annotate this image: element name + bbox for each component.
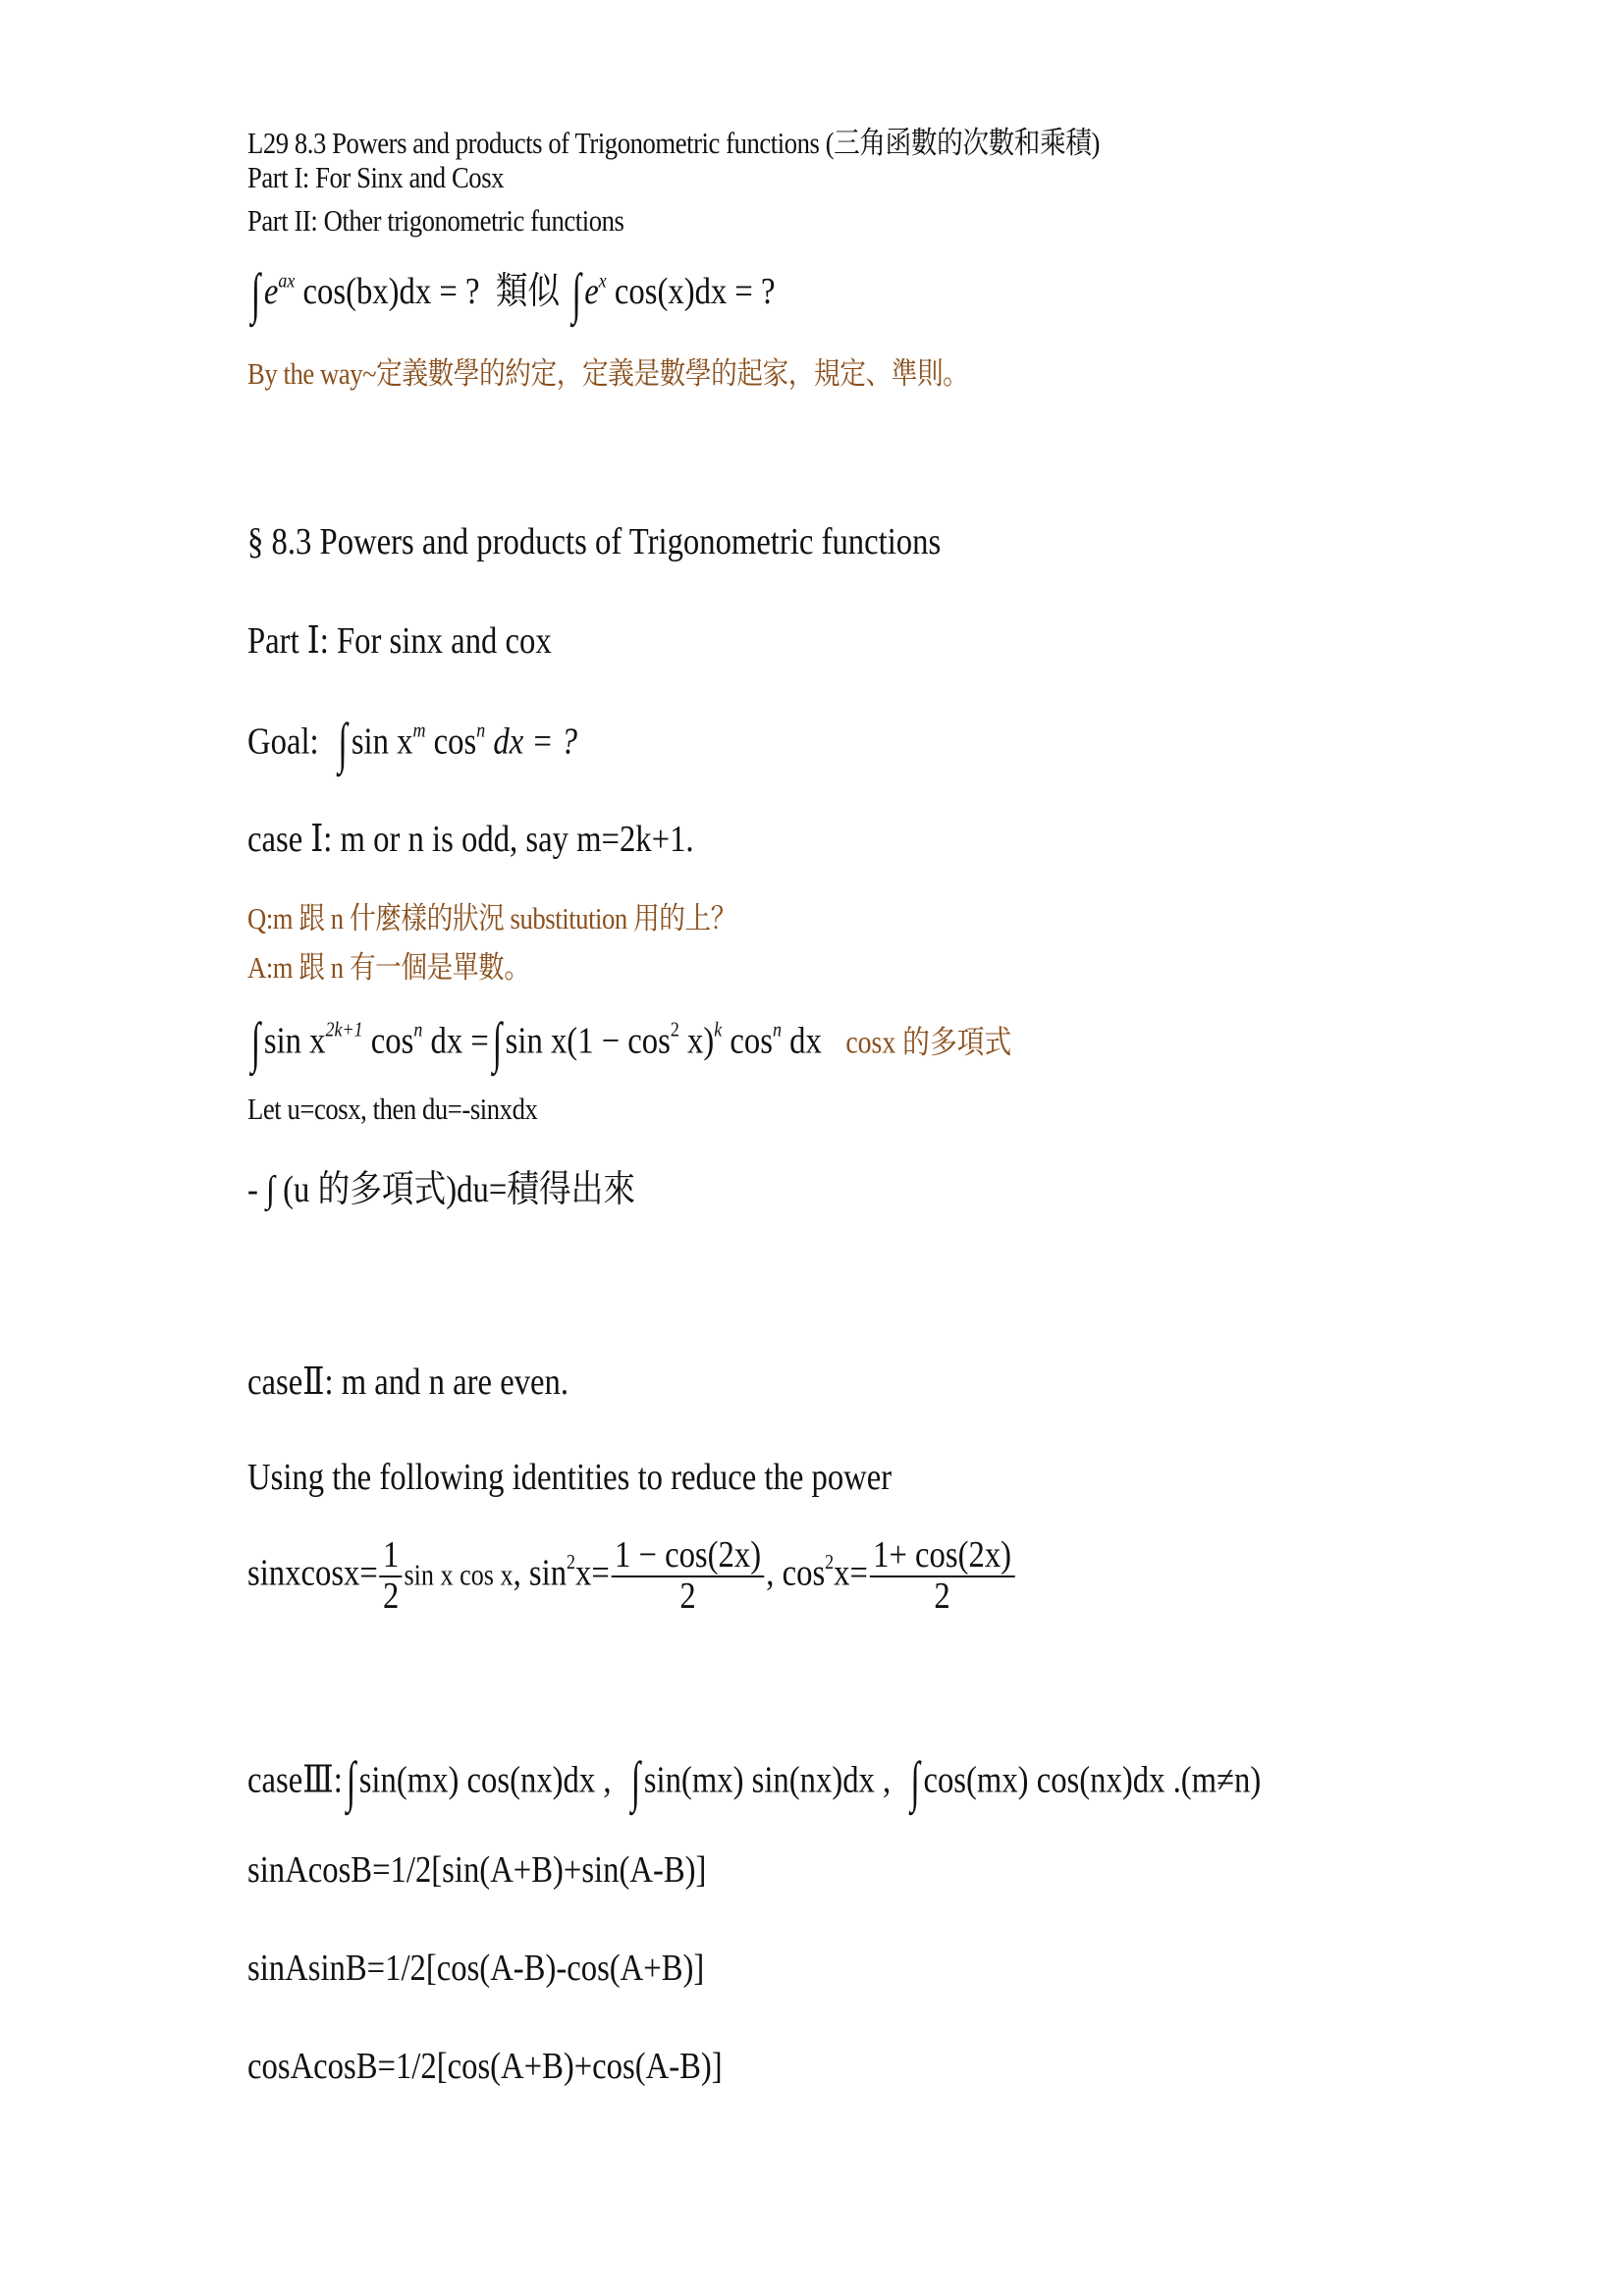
math-term: x=: [834, 1553, 868, 1594]
numerator: 1: [380, 1536, 403, 1577]
integral-sign: ∫: [251, 262, 260, 326]
section-part1: Part Ⅰ: For sinx and cox: [247, 618, 552, 663]
case1-answer: A:m 跟 n 有一個是單數。: [247, 942, 530, 987]
math-exp: 2k+1: [326, 1018, 363, 1041]
identity-sin-sin: sinAsinB=1/2[cos(A-B)-cos(A+B)]: [247, 1947, 704, 1990]
case2-identities: sinxcosx=12sin x cos x, sin2x=1 − cos(2x…: [247, 1536, 1016, 1617]
math-term: x): [679, 1020, 714, 1061]
case3-line: caseⅢ:∫sin(mx) cos(nx)dx , ∫sin(mx) sin(…: [247, 1750, 1261, 1814]
case2-title: caseⅡ: m and n are even.: [247, 1360, 568, 1404]
header-part1: Part I: For Sinx and Cosx: [247, 160, 504, 195]
fraction: 12: [380, 1536, 403, 1617]
header-note: By the way~定義數學的約定，定義是數學的起家，規定、準則。: [247, 348, 968, 393]
math-term: cos(x)dx = ?: [607, 271, 776, 312]
math-exp: ax: [278, 268, 295, 292]
section-title: § 8.3 Powers and products of Trigonometr…: [247, 520, 941, 563]
math-term: cos: [722, 1020, 773, 1061]
integral-sign: ∫: [631, 1750, 640, 1814]
denominator: 2: [934, 1577, 949, 1617]
case1-question: Q:m 跟 n 什麼樣的狀況 substitution 用的上？: [247, 893, 736, 937]
math-term: cos: [425, 721, 476, 762]
math-exp: n: [413, 1018, 422, 1041]
header-title: L29 8.3 Powers and products of Trigonome…: [247, 118, 1100, 162]
math-term: e: [584, 271, 599, 312]
integral-sign: ∫: [347, 1750, 355, 1814]
math-term: sin x: [264, 1020, 326, 1061]
goal-line: Goal: ∫sin xm cosn dx = ?: [247, 712, 577, 775]
integral-sign: ∫: [493, 1011, 502, 1075]
header-integral-line: ∫eax cos(bx)dx = ? 類似 ∫ex cos(x)dx = ?: [247, 260, 776, 326]
denominator: 2: [679, 1577, 695, 1617]
math-term: sin(mx) cos(nx)dx ,: [359, 1759, 612, 1800]
fraction: 1 − cos(2x)2: [612, 1536, 765, 1617]
math-term: dx: [782, 1020, 822, 1061]
math-term: cos(bx)dx = ?: [295, 271, 479, 312]
case1-let: Let u=cosx, then du=-sinxdx: [247, 1092, 537, 1127]
case2-intro: Using the following identities to reduce…: [247, 1456, 892, 1499]
math-exp: n: [476, 719, 485, 742]
integral-sign: ∫: [571, 262, 580, 326]
numerator: 1 − cos(2x): [612, 1536, 765, 1577]
formula-note: cosx 的多項式: [845, 1024, 1011, 1059]
case1-formula: ∫sin x2k+1 cosn dx =∫sin x(1 − cos2 x)k …: [247, 1011, 1011, 1075]
math-term: sinxcosx=: [247, 1553, 378, 1594]
math-exp: m: [412, 719, 425, 742]
case1-result: - ∫ (u 的多項式)du=積得出來: [247, 1158, 635, 1212]
math-term: , sin: [514, 1553, 567, 1594]
denominator: 2: [383, 1577, 399, 1617]
header-part2: Part II: Other trigonometric functions: [247, 203, 623, 239]
math-term: , cos: [766, 1553, 825, 1594]
identity-sin-cos: sinAcosB=1/2[sin(A+B)+sin(A-B)]: [247, 1848, 706, 1892]
math-term: cos(mx) cos(nx)dx .(m≠n): [923, 1759, 1261, 1800]
identity-cos-cos: cosAcosB=1/2[cos(A+B)+cos(A-B)]: [247, 2045, 723, 2088]
math-term: dx =: [422, 1020, 488, 1061]
integral-sign: ∫: [251, 1011, 260, 1075]
integral-sign: ∫: [339, 712, 348, 775]
fraction: 1+ cos(2x)2: [870, 1536, 1015, 1617]
math-term: e: [264, 271, 279, 312]
math-term: x=: [575, 1553, 610, 1594]
math-exp: k: [714, 1018, 722, 1041]
math-term: cos: [363, 1020, 414, 1061]
case3-title: caseⅢ:: [247, 1759, 343, 1800]
math-exp: 2: [825, 1550, 834, 1574]
numerator: 1+ cos(2x): [870, 1536, 1015, 1577]
math-term: sin x: [352, 721, 413, 762]
case1-title: case Ⅰ: m or n is odd, say m=2k+1.: [247, 817, 694, 861]
math-term: dx = ?: [485, 721, 577, 762]
math-exp: n: [773, 1018, 782, 1041]
math-term: sin(mx) sin(nx)dx ,: [644, 1759, 891, 1800]
math-term: sin x cos x: [404, 1559, 513, 1592]
goal-label: Goal:: [247, 721, 319, 762]
similar-label: 類似: [496, 271, 560, 312]
math-term: sin x(1 − cos: [506, 1020, 671, 1061]
integral-sign: ∫: [910, 1750, 919, 1814]
